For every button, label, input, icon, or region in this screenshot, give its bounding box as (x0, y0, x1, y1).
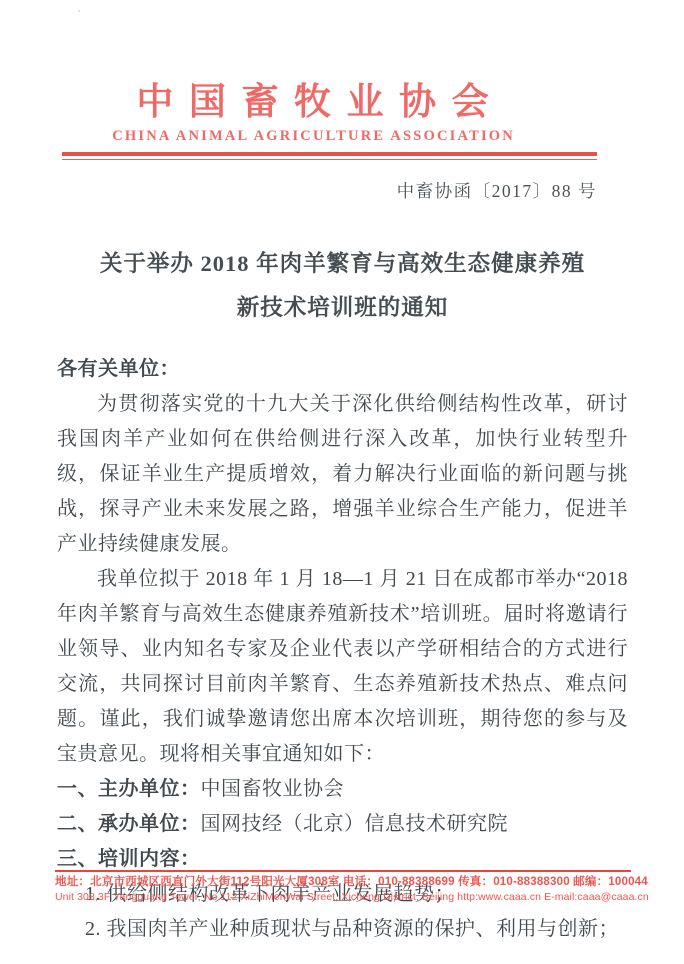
scanned-notice-page: 中国畜牧业协会 CHINA ANIMAL AGRICULTURE ASSOCIA… (0, 0, 684, 964)
org-name-chinese: 中国畜牧业协会 (40, 82, 585, 124)
list-item-organizer: 二、承办单位：国网技经（北京）信息技术研究院 (57, 807, 628, 842)
list-item-organizer-label: 二、承办单位： (57, 813, 201, 835)
salutation: 各有关单位： (57, 352, 628, 387)
footer-divider-rule (55, 870, 631, 872)
document-title-line2: 新技术培训班的通知 (57, 286, 628, 330)
scan-speck (78, 10, 80, 12)
list-item-host-org-label: 一、主办单位： (57, 778, 201, 800)
letterhead: 中国畜牧业协会 CHINA ANIMAL AGRICULTURE ASSOCIA… (40, 82, 585, 145)
list-item-training-content-label: 三、培训内容： (57, 848, 201, 870)
body-paragraph-1: 为贯彻落实党的十九大关于深化供给侧结构性改革，研讨我国肉羊产业如何在供给侧进行深… (57, 387, 628, 562)
document-title-line1: 关于举办 2018 年肉羊繁育与高效生态健康养殖 (57, 242, 628, 286)
footer-address-line-en: Unit 308,3F Yangguang Tower, No.112 XiZh… (55, 890, 631, 904)
list-item-host-org: 一、主办单位：中国畜牧业协会 (57, 772, 628, 807)
footer: 地址：北京市西城区西直门外大街112号阳光大厦308室 电话：010-88388… (55, 870, 631, 904)
org-name-english: CHINA ANIMAL AGRICULTURE ASSOCIATION (40, 127, 587, 145)
footer-address-line-cn: 地址：北京市西城区西直门外大街112号阳光大厦308室 电话：010-88388… (55, 875, 631, 890)
document-number: 中畜协函〔2017〕88 号 (57, 179, 597, 203)
training-topic-2: 2. 我国肉羊产业种质现状与品种资源的保护、利用与创新； (57, 912, 628, 947)
letterhead-divider-rule (62, 152, 597, 160)
org-name-cn-text: 中国畜牧业协会 (136, 82, 504, 124)
list-item-host-org-value: 中国畜牧业协会 (201, 778, 345, 800)
document-title: 关于举办 2018 年肉羊繁育与高效生态健康养殖 新技术培训班的通知 (57, 242, 628, 330)
list-item-organizer-value: 国网技经（北京）信息技术研究院 (201, 813, 509, 835)
body-paragraph-2: 我单位拟于 2018 年 1 月 18—1 月 21 日在成都市举办“2018 … (57, 562, 628, 772)
document-body: 各有关单位： 为贯彻落实党的十九大关于深化供给侧结构性改革，研讨我国肉羊产业如何… (57, 352, 628, 947)
